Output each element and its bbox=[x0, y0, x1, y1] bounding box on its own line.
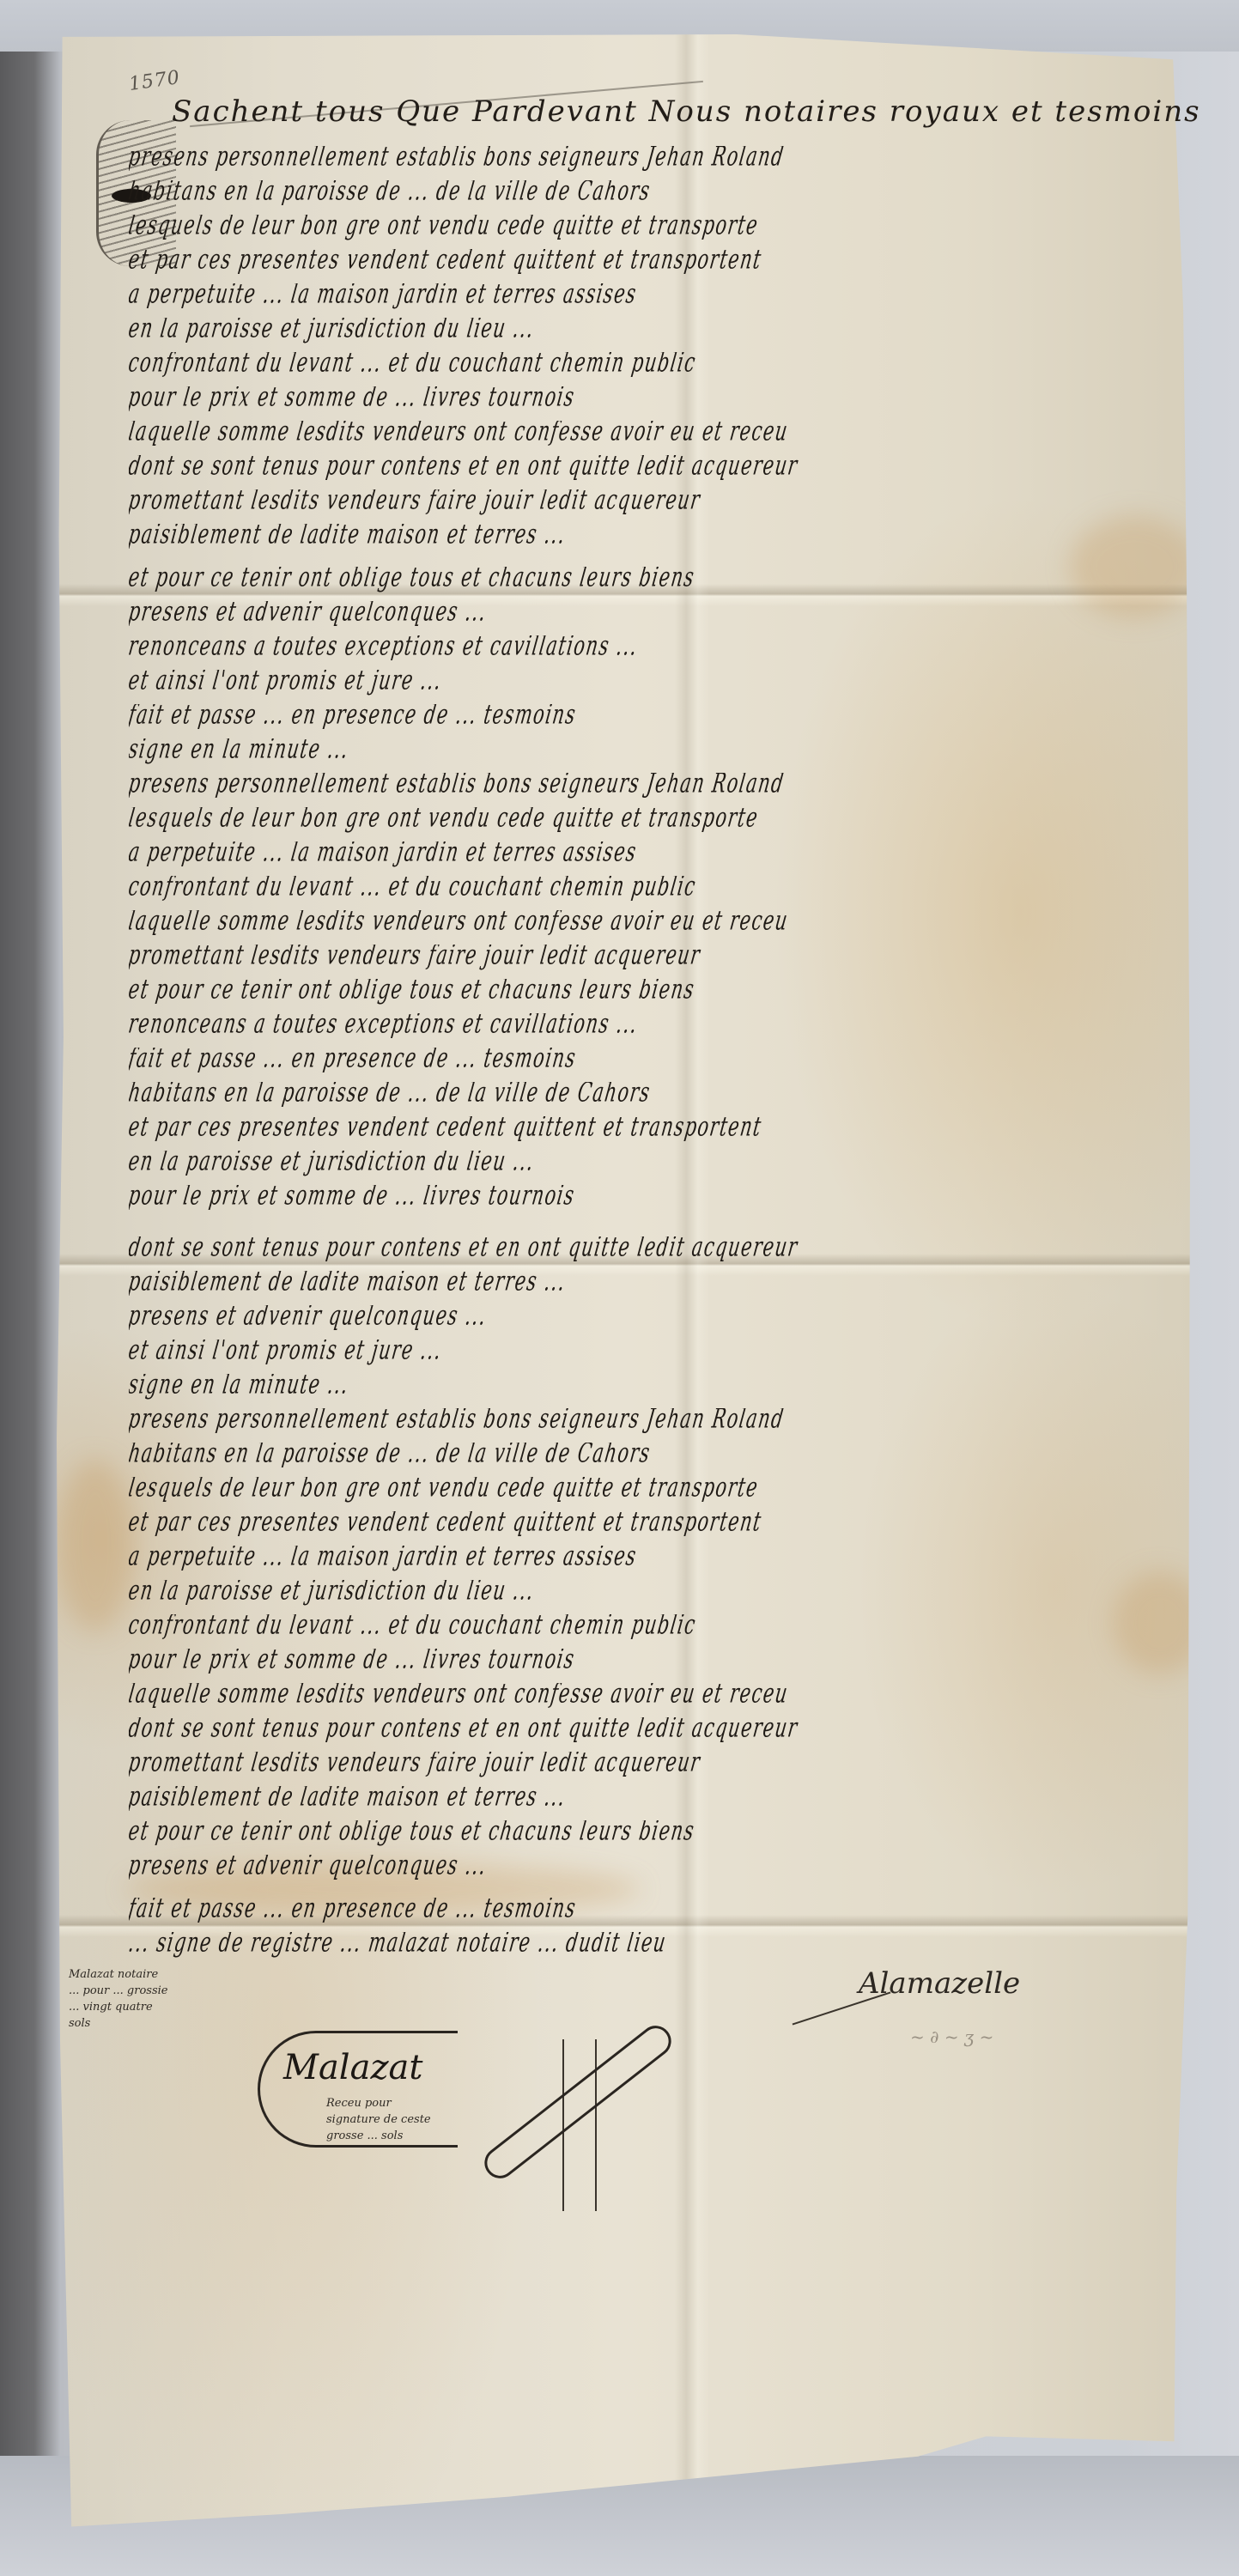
manuscript-line: pour le prix et somme de ... livres tour… bbox=[129, 1649, 1193, 1683]
manuscript-body-3: dont se sont tenus pour contens et en on… bbox=[129, 1236, 1193, 1889]
manuscript-line: lesquels de leur bon gre ont vendu cede … bbox=[129, 1477, 1193, 1511]
manuscript-line: laquelle somme lesdits vendeurs ont conf… bbox=[129, 910, 1193, 945]
manuscript-line: presens et advenir quelconques ... bbox=[129, 1305, 1193, 1340]
manuscript-line: habitans en la paroisse de ... de la vil… bbox=[129, 180, 1193, 215]
closing-block: fait et passe ... en presence de ... tes… bbox=[129, 1898, 1193, 1966]
manuscript-line: et par ces presentes vendent cedent quit… bbox=[129, 1116, 1193, 1151]
manuscript-line: et pour ce tenir ont oblige tous et chac… bbox=[129, 567, 1193, 601]
manuscript-line: a perpetuite ... la maison jardin et ter… bbox=[129, 1546, 1193, 1580]
manuscript-line: confrontant du levant ... et du couchant… bbox=[129, 1614, 1193, 1649]
faded-signature-marks: ~ ∂ ~ ʒ ~ bbox=[910, 2026, 993, 2047]
closing-line: ... signe de registre ... malazat notair… bbox=[129, 1932, 1193, 1966]
margin-note-left: Malazat notaire ... pour ... grossie ...… bbox=[69, 1966, 172, 2032]
manuscript-line: signe en la minute ... bbox=[129, 1374, 1193, 1408]
manuscript-line: laquelle somme lesdits vendeurs ont conf… bbox=[129, 1683, 1193, 1717]
manuscript-line: dont se sont tenus pour contens et en on… bbox=[129, 1236, 1193, 1271]
manuscript-line: et ainsi l'ont promis et jure ... bbox=[129, 1340, 1193, 1374]
manuscript-line: a perpetuite ... la maison jardin et ter… bbox=[129, 283, 1193, 318]
stain bbox=[57, 1460, 134, 1631]
manuscript-line: presens et advenir quelconques ... bbox=[129, 1855, 1193, 1889]
manuscript-line: et par ces presentes vendent cedent quit… bbox=[129, 1511, 1193, 1546]
manuscript-line: a perpetuite ... la maison jardin et ter… bbox=[129, 841, 1193, 876]
manuscript-line: habitans en la paroisse de ... de la vil… bbox=[129, 1443, 1193, 1477]
manuscript-line: fait et passe ... en presence de ... tes… bbox=[129, 1898, 1193, 1932]
manuscript-line: promettant lesdits vendeurs faire jouir … bbox=[129, 945, 1193, 979]
manuscript-line: signe en la minute ... bbox=[129, 738, 1193, 773]
manuscript-line: confrontant du levant ... et du couchant… bbox=[129, 352, 1193, 386]
manuscript-line: en la paroisse et jurisdiction du lieu .… bbox=[129, 1151, 1193, 1185]
manuscript-line: en la paroisse et jurisdiction du lieu .… bbox=[129, 318, 1193, 352]
manuscript-line: fait et passe ... en presence de ... tes… bbox=[129, 1048, 1193, 1082]
manuscript-line: dont se sont tenus pour contens et en on… bbox=[129, 455, 1193, 489]
signature-malazat: Malazat bbox=[283, 2048, 422, 2087]
manuscript-line: presens et advenir quelconques ... bbox=[129, 601, 1193, 635]
manuscript-line: et pour ce tenir ont oblige tous et chac… bbox=[129, 979, 1193, 1013]
manuscript-line: promettant lesdits vendeurs faire jouir … bbox=[129, 1752, 1193, 1786]
manuscript-line: dont se sont tenus pour contens et en on… bbox=[129, 1717, 1193, 1752]
manuscript-body-2: et pour ce tenir ont oblige tous et chac… bbox=[129, 567, 1193, 1219]
manuscript-line: en la paroisse et jurisdiction du lieu .… bbox=[129, 1580, 1193, 1614]
manuscript-line: paisiblement de ladite maison et terres … bbox=[129, 1271, 1193, 1305]
manuscript-line: pour le prix et somme de ... livres tour… bbox=[129, 1185, 1193, 1219]
manuscript-line: et ainsi l'ont promis et jure ... bbox=[129, 670, 1193, 704]
manuscript-line: et par ces presentes vendent cedent quit… bbox=[129, 249, 1193, 283]
manuscript-line: renonceans a toutes exceptions et cavill… bbox=[129, 635, 1193, 670]
manuscript-line: confrontant du levant ... et du couchant… bbox=[129, 876, 1193, 910]
opening-line: Sachent tous Que Pardevant Nous notaires… bbox=[172, 94, 1201, 129]
manuscript-line: paisiblement de ladite maison et terres … bbox=[129, 1786, 1193, 1820]
signature-alamazelle: Alamazelle bbox=[859, 1966, 1020, 2001]
manuscript-line: laquelle somme lesdits vendeurs ont conf… bbox=[129, 421, 1193, 455]
manuscript-line: pour le prix et somme de ... livres tour… bbox=[129, 386, 1193, 421]
manuscript-line: promettant lesdits vendeurs faire jouir … bbox=[129, 489, 1193, 524]
manuscript-line: presens personnellement establis bons se… bbox=[129, 773, 1193, 807]
manuscript-body: presens personnellement establis bons se… bbox=[129, 146, 1193, 558]
manuscript-line: lesquels de leur bon gre ont vendu cede … bbox=[129, 215, 1193, 249]
manuscript-line: et pour ce tenir ont oblige tous et chac… bbox=[129, 1820, 1193, 1855]
manuscript-line: paisiblement de ladite maison et terres … bbox=[129, 524, 1193, 558]
margin-note-signature-fee: Receu pour signature de ceste grosse ...… bbox=[326, 2095, 446, 2144]
manuscript-line: presens personnellement establis bons se… bbox=[129, 1408, 1193, 1443]
manuscript-line: presens personnellement establis bons se… bbox=[129, 146, 1193, 180]
manuscript-line: renonceans a toutes exceptions et cavill… bbox=[129, 1013, 1193, 1048]
manuscript-line: fait et passe ... en presence de ... tes… bbox=[129, 704, 1193, 738]
manuscript-line: lesquels de leur bon gre ont vendu cede … bbox=[129, 807, 1193, 841]
manuscript-line: habitans en la paroisse de ... de la vil… bbox=[129, 1082, 1193, 1116]
